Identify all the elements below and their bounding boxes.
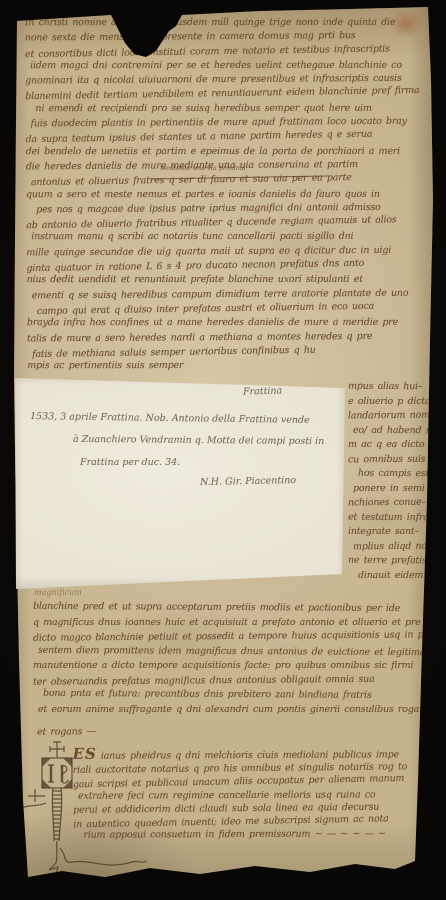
notarial-signum [20,733,150,883]
photograph-background: In christi nomine amen anno eiusdem mill… [0,0,446,900]
manuscript-line: mpus alias hui– [348,380,432,395]
note-line-price: Frattina per duc. 34. [80,457,180,468]
manuscript-line: dei bendelo de uenetiis et partim e epei… [26,144,427,159]
note-line-buyer: à Zuanchiero Vendramin q. Motta dei camp… [73,434,324,447]
manuscript-line: m ac q ea dicto [348,438,432,453]
manuscript-line: ne terre prefatis [348,554,432,569]
manuscript-line: In christi nomine amen anno eiusdem mill… [25,16,426,31]
manuscript-faint-fragment: magnificum [34,588,82,597]
manuscript-line: et testatum infra [348,510,432,525]
archivist-note-slip: Frattina 1533, 3 aprile Frattina. Nob. A… [15,375,345,589]
manuscript-line: ni emendi et recipiendi pro se suisq her… [35,102,426,117]
manuscript-mid-block: blanchine pred et ut supra acceptarum pr… [33,601,435,739]
note-corner-label: Frattina [243,385,283,397]
manuscript-line: hos campis est [358,467,432,482]
manuscript-line: landariorum nomine [348,409,432,424]
manuscript-line: brayda infra hos confines ut a mane here… [27,316,428,331]
manuscript-line: sentem diem promittens idem magnificus d… [38,643,435,660]
manuscript-line: cu omnibus suis [348,452,432,467]
manuscript-line: eo/ ad habend re– [353,423,432,438]
manuscript-top-block: In christi nomine amen anno eiusdem mill… [25,15,428,375]
manuscript-line: mpis ac pertinentiis suis semper [27,359,428,374]
note-signature: N.H. Gir. Piacentino [200,475,296,488]
manuscript-line: mplius aliqd no [353,539,432,554]
manuscript-line: et eorum anime suffragante q dni alexand… [38,703,435,718]
manuscript-line: iidem magci dni contremini per se et her… [30,59,426,74]
manuscript-line: manutentione a dicto tempore acquisition… [33,659,435,674]
manuscript-line: dinauit eidem [358,569,432,584]
interlinear-insertion: mediante una via proxima [160,164,246,172]
note-line-date: 1533, 3 aprile Frattina. Nob. Antonio de… [30,411,310,426]
manuscript-line: quum a sero et meste nemus et partes e i… [26,187,427,202]
manuscript-line: bona pnta et futura: precantibus dnis pr… [43,687,435,704]
manuscript-line: ponere in semi [353,482,432,497]
manuscript-right-fragments: mpus alias hui– e oliuerio p dictas land… [348,380,432,583]
manuscript-line: instruam manu q scribi ac notariis tunc … [31,230,427,245]
manuscript-line: nchiones conue– [348,496,432,511]
manuscript-line: nius dedit uendidit et renuntiauit prefa… [27,273,428,288]
manuscript-line: blanchine pred et ut supra acceptarum pr… [33,600,435,617]
manuscript-line: integrate sant– [348,525,432,540]
manuscript-line: e oliuerio p dictas [348,395,432,410]
